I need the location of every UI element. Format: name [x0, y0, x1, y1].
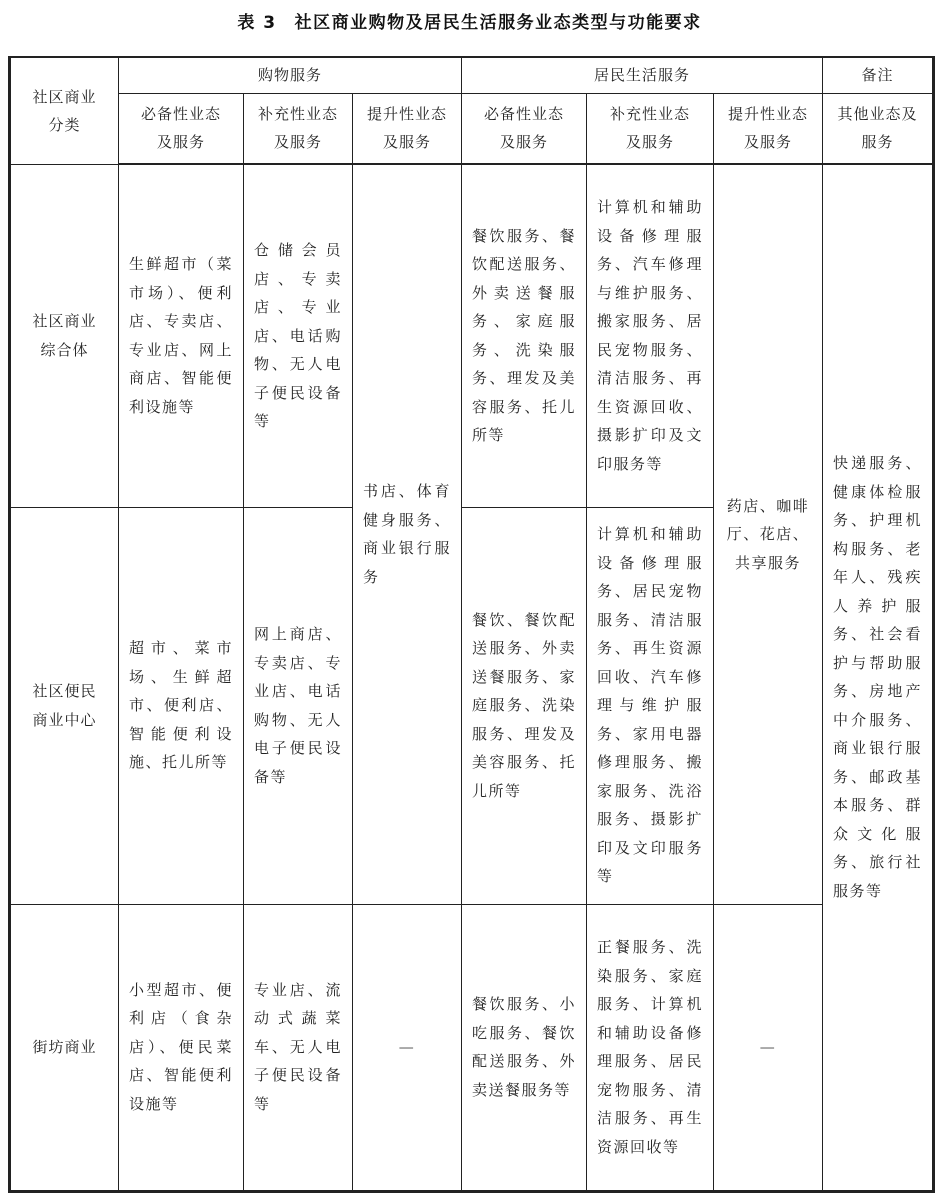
cell-life-upgrade-merged: 药店、咖啡厅、花店、共享服务 — [714, 164, 823, 904]
row-category: 社区便民商业中心 — [10, 507, 119, 904]
subheader-shopping-required: 必备性业态及服务 — [119, 93, 244, 164]
header-group-shopping: 购物服务 — [119, 57, 462, 93]
business-types-table: 社区商业分类 购物服务 居民生活服务 备注 必备性业态及服务 补充性业态及服务 … — [8, 56, 935, 1193]
subheader-life-supplementary: 补充性业态及服务 — [587, 93, 714, 164]
cell-life-supplementary: 计算机和辅助设备修理服务、汽车修理与维护服务、搬家服务、居民宠物服务、清洁服务、… — [587, 164, 714, 507]
header-group-notes: 备注 — [823, 57, 934, 93]
subheader-life-required: 必备性业态及服务 — [462, 93, 587, 164]
subheader-other: 其他业态及服务 — [823, 93, 934, 164]
cell-life-supplementary: 计算机和辅助设备修理服务、居民宠物服务、清洁服务、再生资源回收、汽车修理与维护服… — [587, 507, 714, 904]
table-row: 街坊商业 小型超市、便利店（食杂店）、便民菜店、智能便利设施等 专业店、流动式蔬… — [10, 904, 934, 1191]
row-category: 社区商业综合体 — [10, 164, 119, 507]
cell-shopping-required: 小型超市、便利店（食杂店）、便民菜店、智能便利设施等 — [119, 904, 244, 1191]
cell-shopping-supplementary: 专业店、流动式蔬菜车、无人电子便民设备等 — [244, 904, 353, 1191]
cell-shopping-supplementary: 仓储会员店、专卖店、专业店、电话购物、无人电子便民设备等 — [244, 164, 353, 507]
subheader-life-upgrade: 提升性业态及服务 — [714, 93, 823, 164]
row-category: 街坊商业 — [10, 904, 119, 1191]
cell-life-required: 餐饮服务、小吃服务、餐饮配送服务、外卖送餐服务等 — [462, 904, 587, 1191]
header-category: 社区商业分类 — [10, 57, 119, 164]
table-row: 社区商业综合体 生鲜超市（菜市场）、便利店、专卖店、专业店、网上商店、智能便利设… — [10, 164, 934, 507]
cell-shopping-upgrade-merged: 书店、体育健身服务、商业银行服务 — [353, 164, 462, 904]
cell-life-upgrade: — — [714, 904, 823, 1191]
table-number: 表 3 — [237, 13, 276, 33]
cell-shopping-required: 生鲜超市（菜市场）、便利店、专卖店、专业店、网上商店、智能便利设施等 — [119, 164, 244, 507]
header-group-life: 居民生活服务 — [462, 57, 823, 93]
table-title: 表 3社区商业购物及居民生活服务业态类型与功能要求 — [0, 8, 939, 33]
cell-shopping-upgrade: — — [353, 904, 462, 1191]
subheader-shopping-supplementary: 补充性业态及服务 — [244, 93, 353, 164]
cell-shopping-required: 超市、菜市场、生鲜超市、便利店、智能便利设施、托儿所等 — [119, 507, 244, 904]
table-caption: 社区商业购物及居民生活服务业态类型与功能要求 — [295, 13, 702, 33]
cell-shopping-supplementary: 网上商店、专卖店、专业店、电话购物、无人电子便民设备等 — [244, 507, 353, 904]
cell-life-required: 餐饮、餐饮配送服务、外卖送餐服务、家庭服务、洗染服务、理发及美容服务、托儿所等 — [462, 507, 587, 904]
cell-life-supplementary: 正餐服务、洗染服务、家庭服务、计算机和辅助设备修理服务、居民宠物服务、清洁服务、… — [587, 904, 714, 1191]
cell-other-merged: 快递服务、健康体检服务、护理机构服务、老年人、残疾人养护服务、社会看护与帮助服务… — [823, 164, 934, 1191]
subheader-shopping-upgrade: 提升性业态及服务 — [353, 93, 462, 164]
cell-life-required: 餐饮服务、餐饮配送服务、外卖送餐服务、家庭服务、洗染服务、理发及美容服务、托儿所… — [462, 164, 587, 507]
